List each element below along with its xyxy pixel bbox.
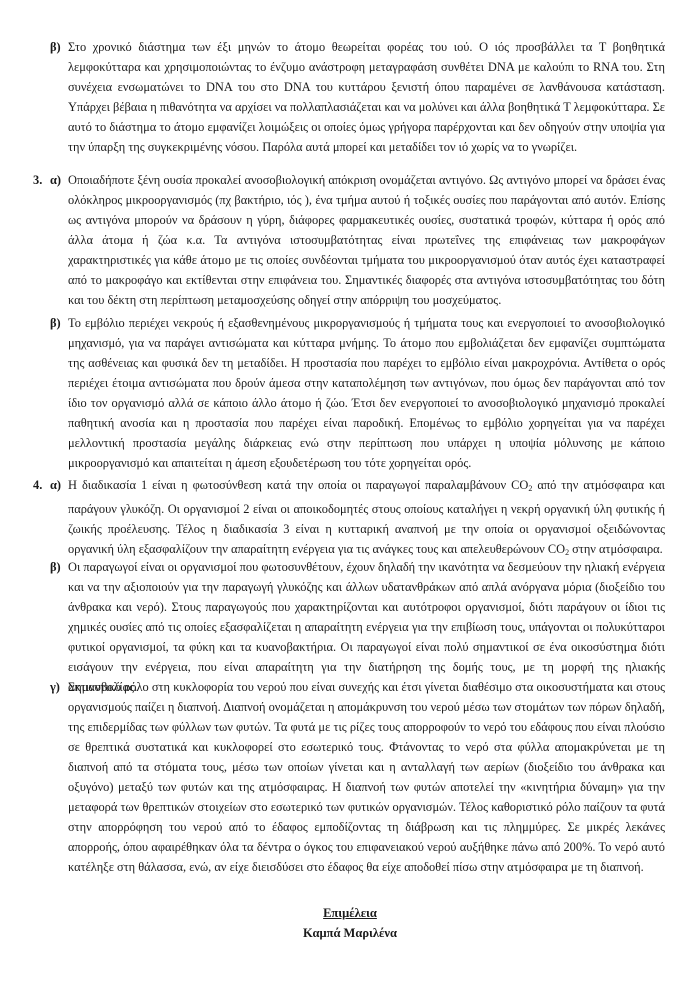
answer-3a: 3. α) Οποιαδήποτε ξένη ουσία προκαλεί αν… [33,170,665,310]
item-label: γ) [50,677,60,697]
item-label: β) [50,313,61,333]
question-number: 4. [33,475,42,495]
item-text: Η διαδικασία 1 είναι η φωτοσύνθεση κατά … [68,475,665,563]
signature-name: Καμπά Μαριλένα [0,926,700,941]
item-label: β) [50,37,61,57]
question-number: 3. [33,170,42,190]
answer-4a: 4. α) Η διαδικασία 1 είναι η φωτοσύνθεση… [33,475,665,563]
signature-heading: Επιμέλεια [0,906,700,921]
item-text: Στο χρονικό διάστημα των έξι μηνών το άτ… [68,37,665,157]
item-text: Σημαντικό ρόλο στη κυκλοφορία του νερού … [68,677,665,877]
answer-2b: β) Στο χρονικό διάστημα των έξι μηνών το… [33,37,665,157]
answer-3b: β) Το εμβόλιο περιέχει νεκρούς ή εξασθεν… [33,313,665,473]
item-text: Οποιαδήποτε ξένη ουσία προκαλεί ανοσοβιο… [68,170,665,310]
item-label: α) [50,475,61,495]
answer-4c: γ) Σημαντικό ρόλο στη κυκλοφορία του νερ… [33,677,665,877]
item-text: Οι παραγωγοί είναι οι οργανισμοί που φωτ… [68,557,665,697]
document-page: β) Στο χρονικό διάστημα των έξι μηνών το… [0,0,700,990]
item-label: α) [50,170,61,190]
item-label: β) [50,557,61,577]
answer-4b: β) Οι παραγωγοί είναι οι οργανισμοί που … [33,557,665,697]
item-text: Το εμβόλιο περιέχει νεκρούς ή εξασθενημέ… [68,313,665,473]
